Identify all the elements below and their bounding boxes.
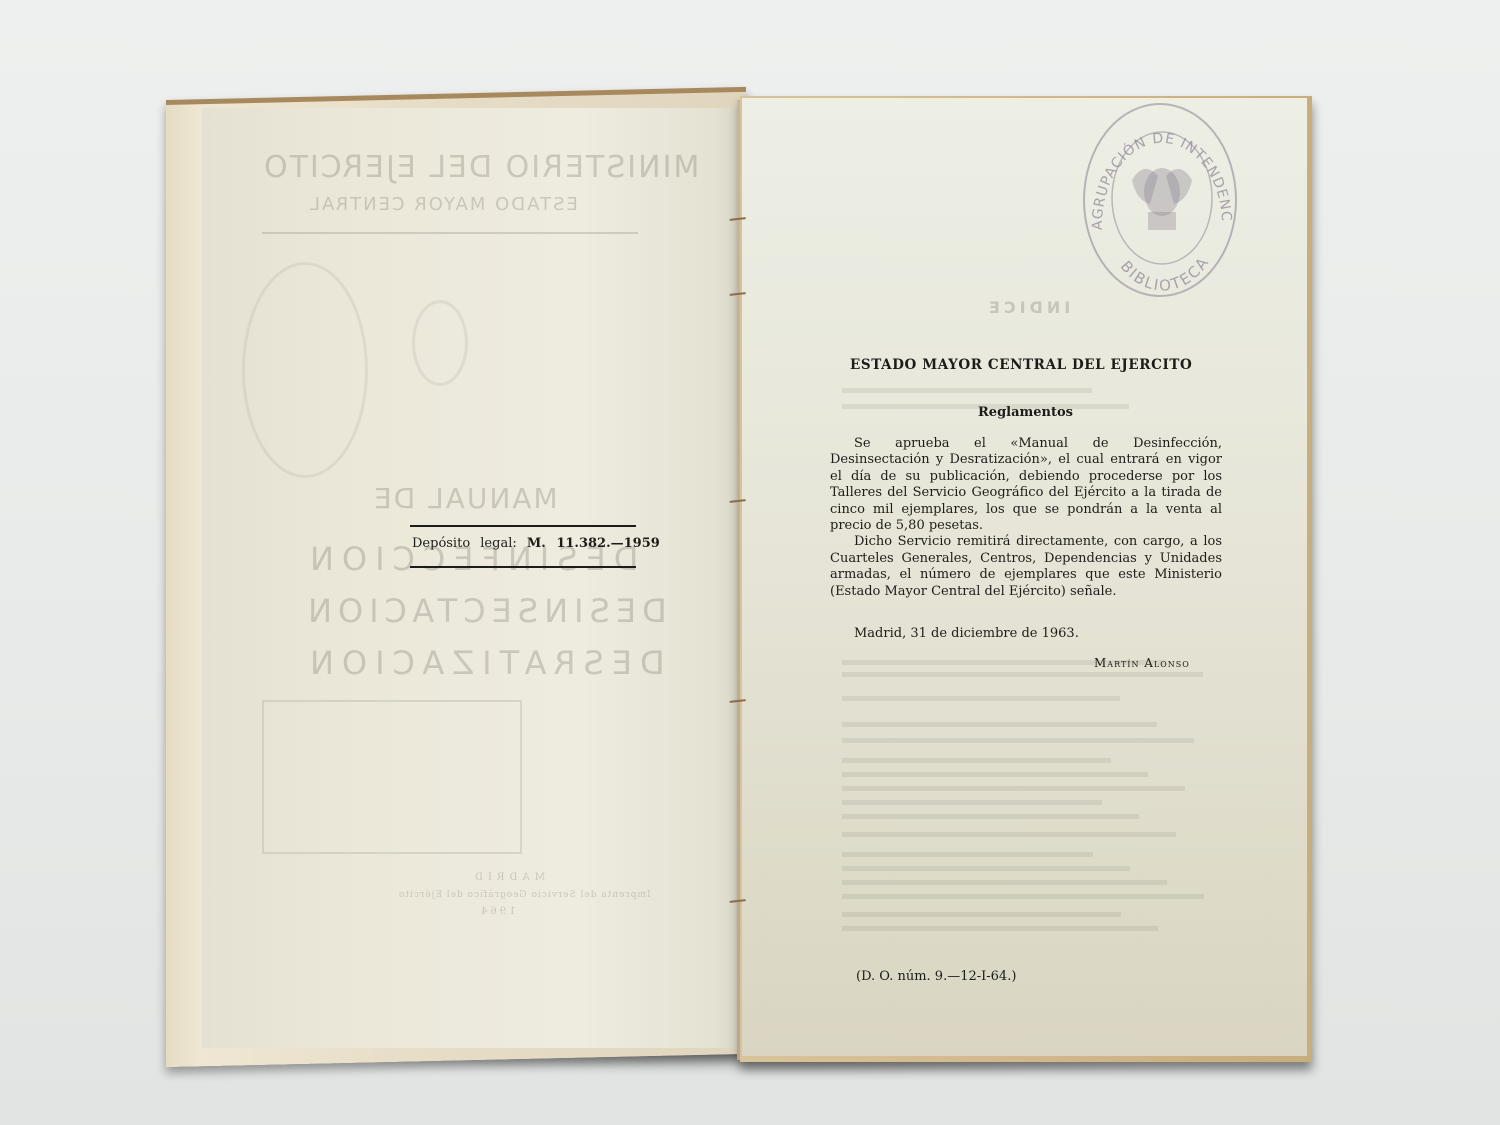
spine [737, 100, 740, 1060]
ghost-staff: ESTADO MAYOR CENTRAL [308, 194, 578, 215]
ghost-manual-de: MANUAL DE [372, 482, 558, 515]
binding-stitch [730, 217, 747, 227]
binding-stitch [730, 499, 747, 509]
left-page [202, 108, 740, 1048]
ghost-line2: DESINSECTACION [302, 592, 667, 630]
ghost-index-line [842, 738, 1194, 743]
ghost-imprint: Imprenta del Servicio Geográfico del Ejé… [398, 890, 651, 900]
ghost-index-line [842, 866, 1130, 871]
paragraph: Se aprueba el «Manual de Desinfección, D… [830, 436, 1222, 534]
binding-stitch [730, 699, 747, 709]
ghost-ministry: MINISTERIO DEL EJERCITO [262, 150, 699, 185]
ghost-index-line [842, 388, 1092, 393]
ghost-year: 1964 [478, 906, 515, 917]
page-heading: ESTADO MAYOR CENTRAL DEL EJERCITO [850, 357, 1192, 373]
ghost-index-title: INDICE [985, 298, 1070, 317]
ghost-index-line [842, 814, 1139, 819]
legal-deposit-label: Depósito legal: [412, 536, 517, 551]
ghost-emblem [412, 300, 468, 386]
ghost-index-line [842, 852, 1093, 857]
ghost-index-line [842, 696, 1120, 701]
ghost-index-line [842, 722, 1157, 727]
paragraph: Dicho Servicio remitirá directamente, co… [830, 534, 1222, 600]
ghost-line3: DESRATIZACION [302, 644, 665, 682]
ghost-index-line [842, 758, 1111, 763]
decree-body: Se aprueba el «Manual de Desinfección, D… [830, 436, 1222, 600]
legal-deposit: Depósito legal: M. 11.382.—1959 [412, 536, 660, 551]
deposit-rule-top [410, 525, 636, 527]
ghost-index-line [842, 832, 1176, 837]
deposit-rule-bottom [410, 566, 636, 568]
eagle-crest-icon [1132, 168, 1192, 230]
ghost-index-line [842, 912, 1121, 917]
ghost-index-line [842, 786, 1185, 791]
ghost-index-line [842, 800, 1102, 805]
binding-stitch [730, 292, 747, 302]
ghost-index-line [842, 894, 1204, 899]
place-date: Madrid, 31 de diciembre de 1963. [854, 626, 1079, 641]
ghost-index-line [842, 880, 1167, 885]
legal-deposit-value: M. 11.382.—1959 [527, 536, 660, 551]
ghost-city: MADRID [470, 872, 545, 883]
ghost-crest [242, 262, 368, 478]
ghost-index-line [842, 672, 1203, 677]
library-stamp: AGRUPACIÓN DE INTENDENCIA N.º 8 BIBLIOTE… [1080, 100, 1240, 300]
section-title: Reglamentos [978, 405, 1073, 420]
binding-stitch [730, 899, 747, 909]
signature-name: Martín Alonso [1094, 656, 1190, 670]
ghost-index-line [842, 772, 1148, 777]
ghost-rule [262, 232, 638, 234]
ghost-library-slip [262, 700, 522, 854]
ghost-index-line [842, 926, 1158, 931]
official-gazette-reference: (D. O. núm. 9.—12-I-64.) [856, 969, 1016, 984]
